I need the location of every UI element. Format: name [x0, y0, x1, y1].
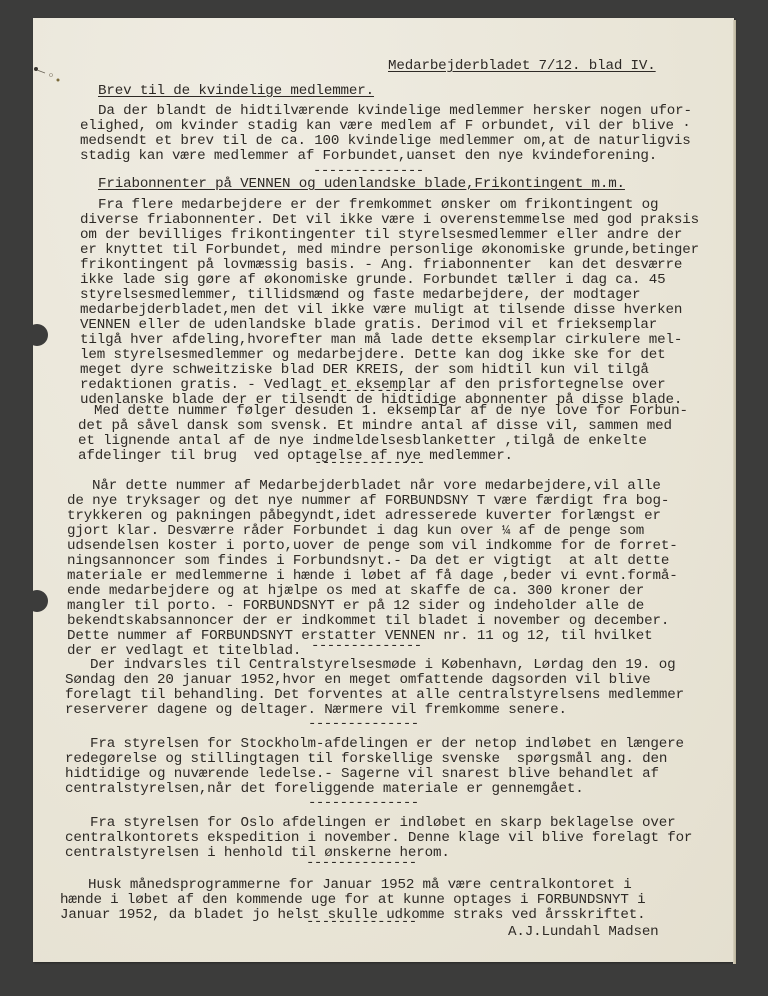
text-line: ende medarbejdere og at hjælpe os med at…	[67, 584, 644, 599]
text-line: elighed, om kvinder stadig kan være medl…	[80, 119, 691, 134]
text-line: hænde i løbet af den kommende uge for at…	[60, 893, 645, 908]
text-line: Der indvarsles til Centralstyrelsesmøde …	[90, 658, 675, 673]
text-line: Fra styrelsen for Oslo afdelingen er ind…	[90, 816, 675, 831]
punch-hole	[26, 590, 48, 612]
text-line: ikke lade sig gøre af økonomiske grunde.…	[80, 273, 665, 288]
text-line: tilgå hver afdeling,hvorefter man må lad…	[80, 333, 682, 348]
text-line: forelagt til behandling. Det forventes a…	[65, 688, 684, 703]
text-line: Med dette nummer følger desuden 1. eksem…	[94, 404, 688, 419]
section-divider: --------------	[308, 716, 419, 732]
text-line: Husk månedsprogrammerne for Januar 1952 …	[88, 878, 632, 893]
text-line: lem styrelsesmedlemmer og medarbejdere. …	[80, 348, 665, 363]
text-line: VENNEN eller de udenlandske blade gratis…	[80, 318, 657, 333]
ink-stain-mark	[33, 66, 73, 84]
section-divider: --------------	[311, 638, 422, 654]
text-line: centralkontorets ekspedition i november.…	[65, 831, 692, 846]
text-line: redegørelse og stillingtagen til forskel…	[65, 752, 667, 767]
section-divider: --------------	[314, 455, 425, 471]
text-line: materiale er medlemmerne i hænde i løbet…	[67, 569, 678, 584]
text-line: frikontingent på lovmæssig basis. - Ang.…	[80, 258, 682, 273]
signature: A.J.Lundahl Madsen	[508, 925, 659, 940]
section-divider: --------------	[313, 383, 424, 399]
section-divider: --------------	[308, 795, 419, 811]
text-line: medsendt et brev til de ca. 100 kvindeli…	[80, 134, 691, 149]
text-line: gjort klar. Desværre råder Forbundet i d…	[67, 524, 644, 539]
text-line: Fra styrelsen for Stockholm-afdelingen e…	[90, 737, 684, 752]
text-line: Når dette nummer af Medarbejderbladet nå…	[92, 479, 661, 494]
text-line: diverse friabonnenter. Det vil ikke være…	[80, 213, 699, 228]
issue-header: Medarbejderbladet 7/12. blad IV.	[388, 59, 656, 74]
text-line: afdelinger til brug ved optagelse af nye…	[78, 449, 513, 464]
text-line: det på såvel dansk som svensk. Et mindre…	[78, 419, 672, 434]
text-line: mangler til porto. - FORBUNDSNYT er på 1…	[67, 599, 644, 614]
text-line: er knyttet til Forbundet, med mindre per…	[80, 243, 699, 258]
text-line: om der bevilliges frikontingenter til st…	[80, 228, 682, 243]
section-heading-women-letter: Brev til de kvindelige medlemmer.	[98, 84, 374, 99]
text-line: Da der blandt de hidtilværende kvindelig…	[98, 104, 692, 119]
section-divider: --------------	[306, 914, 417, 930]
text-line: Søndag den 20 januar 1952,hvor en meget …	[65, 673, 650, 688]
text-line: medarbejderbladet,men det vil ikke være …	[80, 303, 682, 318]
text-line: stadig kan være medlemmer af Forbundet,u…	[80, 149, 657, 164]
text-line: de nye tryksager og det nye nummer af FO…	[67, 494, 669, 509]
text-line: styrelsesmedlemmer, tillidsmænd og faste…	[80, 288, 640, 303]
text-line: Fra flere medarbejdere er der fremkommet…	[98, 198, 658, 213]
text-line: meget dyre schweitziske blad DER KREIS, …	[80, 363, 649, 378]
punch-hole	[26, 324, 48, 346]
text-line: et lignende antal af de nye indmeldelses…	[78, 434, 647, 449]
text-line: bekendtskabsannoncer der er indkommet ti…	[67, 614, 669, 629]
text-line: hidtidige og nuværende ledelse.- Sagerne…	[65, 767, 659, 782]
text-line: ningsannoncer som findes i Forbundsnyt.-…	[67, 554, 669, 569]
text-line: udsendelsen koster i porto,uover de peng…	[67, 539, 678, 554]
section-divider: --------------	[306, 855, 417, 871]
text-line: trykkeren og pakningen påbegyndt,idet ad…	[67, 509, 661, 524]
section-heading-free-subscriptions: Friabonnenter på VENNEN og udenlandske b…	[98, 177, 625, 192]
